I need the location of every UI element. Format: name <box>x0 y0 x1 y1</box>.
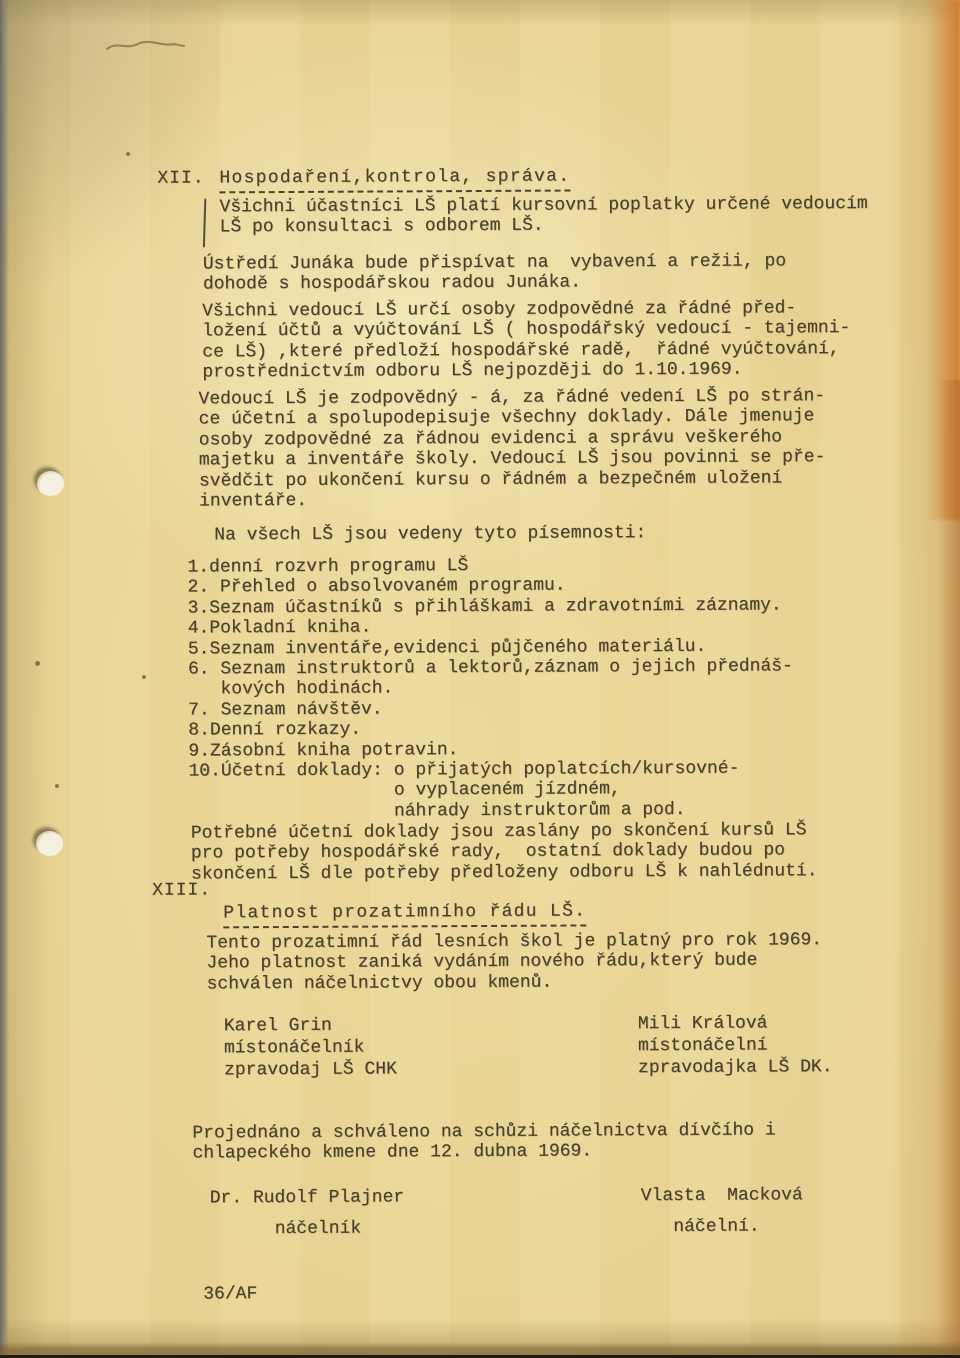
text-line: Projednáno a schváleno na schůzi náčelni… <box>192 1120 775 1143</box>
text-line: skončení LŠ dle potřeby předloženy odbor… <box>191 861 818 885</box>
text-line: chlapeckého kmene dne 12. dubna 1969. <box>192 1141 775 1164</box>
text-line: majetku a inventáře školy. Vedoucí LŠ js… <box>199 447 826 471</box>
records-list: 1.denní rozvrh programu LŠ2. Přehled o a… <box>187 554 793 822</box>
text-line: Všichni účastníci LŠ platí kursovní popl… <box>219 194 867 218</box>
text-line: ce LŠ) ,které předloží hospodářské radě,… <box>202 339 850 363</box>
signature-line: Karel Grin <box>224 1014 397 1037</box>
section-xiii-number: XIII. <box>152 880 211 901</box>
pen-margin-stroke <box>203 198 206 247</box>
signature-line: místonáčelník <box>224 1036 397 1059</box>
final-signature-left: Dr. Rudolf Plajner náčelník <box>210 1182 405 1245</box>
signature-line: Dr. Rudolf Plajner <box>210 1182 405 1214</box>
text-line: svědčit po ukončení kursu o řádném a bez… <box>199 468 826 492</box>
text-line: prostřednictvím odboru LŠ nejpozději do … <box>202 359 850 383</box>
paragraph-vedouci: Vedoucí LŠ je zodpovědný - á, za řádné v… <box>198 386 825 512</box>
final-signature-right: Vlasta Macková náčelní. <box>641 1180 803 1243</box>
paragraph-potrebne: Potřebné účetní doklady jsou zaslány po … <box>191 820 818 884</box>
list-item: 6. Seznam instruktorů a lektorů,záznam o… <box>188 656 793 680</box>
paragraph-projednano: Projednáno a schváleno na schůzi náčelni… <box>192 1120 776 1164</box>
text-line: dohodě s hospodářskou radou Junáka. <box>203 272 786 295</box>
list-item: 3.Seznam účastníků s přihláškami a zdrav… <box>188 595 793 619</box>
typewritten-content: XII. Hospodaření,kontrola, správa. Všich… <box>0 0 960 1358</box>
list-item: náhrady instruktorům a pod. <box>189 799 794 823</box>
text-line: Ústředí Junáka bude přispívat na vybaven… <box>203 251 786 274</box>
paragraph-vyuctovani: Všichni vedoucí LŠ určí osoby zodpovědné… <box>202 298 851 383</box>
signature-line: náčelník <box>210 1213 405 1245</box>
paragraph-fees: Všichni účastníci LŠ platí kursovní popl… <box>219 194 867 238</box>
paragraph-platnost: Tento prozatimní řád lesních škol je pla… <box>206 930 822 994</box>
section-xiii-heading-text: Platnost prozatimního řádu LŠ. <box>223 901 586 928</box>
signature-block-left: Karel Grinmístonáčelníkzpravodaj LŠ CHK <box>224 1014 397 1081</box>
page-number: 36/AF <box>203 1284 257 1305</box>
signature-line: místonáčelní <box>638 1034 833 1057</box>
signature-block-right: Mili Královámístonáčelnízpravodajka LŠ D… <box>638 1012 833 1079</box>
text-line: Jeho platnost zaniká vydáním nového řádu… <box>206 951 822 975</box>
paragraph-pisemnosti-intro: Na všech LŠ jsou vedeny tyto písemnosti: <box>214 523 646 546</box>
signature-line: Mili Králová <box>638 1012 833 1035</box>
section-xii-heading: Hospodaření,kontrola, správa. <box>219 167 570 189</box>
section-xiii-heading: Platnost prozatimního řádu LŠ. <box>223 901 586 923</box>
paragraph-ustredi: Ústředí Junáka bude přispívat na vybaven… <box>203 251 787 295</box>
signature-line: Vlasta Macková <box>641 1180 803 1212</box>
scanned-document-page: XII. Hospodaření,kontrola, správa. Všich… <box>0 0 960 1358</box>
signature-line: zpravodaj LŠ CHK <box>224 1058 397 1081</box>
section-xii-heading-text: Hospodaření,kontrola, správa. <box>219 167 570 194</box>
section-xii-number: XII. <box>157 168 204 189</box>
signature-line: zpravodajka LŠ DK. <box>638 1056 833 1079</box>
text-line: LŠ po konsultaci s odborem LŠ. <box>220 214 868 238</box>
text-line: inventáře. <box>199 488 826 512</box>
signature-line: náčelní. <box>641 1211 803 1243</box>
text-line: schválen náčelnictvy obou kmenů. <box>207 971 823 995</box>
list-item: 10.Účetní doklady: o přijatých poplatcíc… <box>188 758 793 782</box>
